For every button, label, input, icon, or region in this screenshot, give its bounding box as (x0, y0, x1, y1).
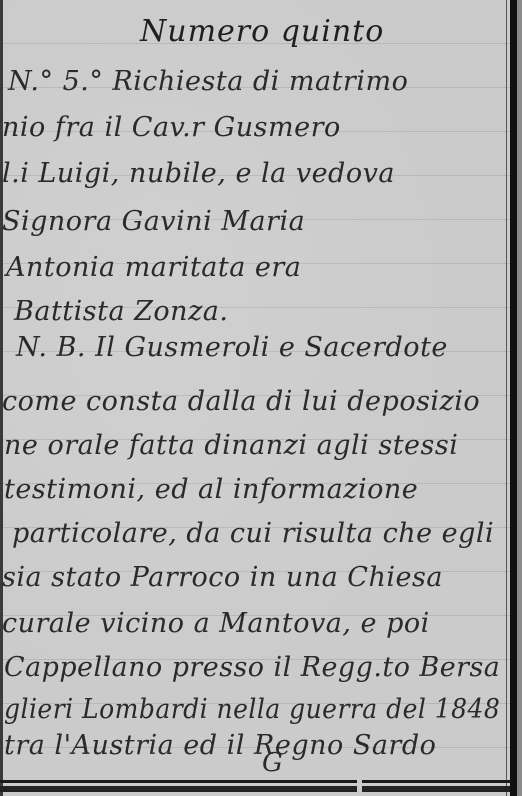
entry-heading: Numero quinto (140, 14, 384, 49)
text-line-14: Cappellano presso il Regg.to Bersa (4, 652, 500, 683)
text-line-11: particolare, da cui risulta che egli (12, 518, 494, 549)
text-line-16: tra l'Austria ed il Regno Sardo (4, 730, 436, 761)
text-line-10: testimoni, ed al informazione (4, 474, 418, 505)
text-line-1: N.° 5.° Richiesta di matrimo (8, 66, 408, 97)
bottom-rule-thick (0, 786, 510, 792)
right-margin-rule-inner (506, 0, 507, 796)
page-mark: G (262, 748, 283, 778)
text-line-6: Battista Zonza. (14, 296, 228, 327)
text-line-9: ne orale fatta dinanzi agli stessi (4, 430, 458, 461)
text-line-12: sia stato Parroco in una Chiesa (2, 562, 443, 593)
text-line-7-nota-bene: N. B. Il Gusmeroli e Sacerdote (16, 332, 448, 363)
text-line-4: Signora Gavini Maria (2, 206, 305, 237)
text-line-5: Antonia maritata era (6, 252, 301, 283)
bottom-rule-thin (0, 780, 510, 783)
text-line-3: l.i Luigi, nubile, e la vedova (2, 158, 395, 189)
document-page: Numero quinto N.° 5.° Richiesta di matri… (0, 0, 522, 796)
text-line-13: curale vicino a Mantova, e poi (2, 608, 430, 639)
right-margin-rule (510, 0, 517, 796)
bottom-rule-gap (357, 780, 362, 796)
text-line-8: come consta dalla di lui deposizio (2, 386, 480, 417)
text-line-15: glieri Lombardi nella guerra del 1848 (4, 694, 500, 725)
text-line-2: nio fra il Cav.r Gusmero (2, 112, 341, 143)
right-page-edge (517, 0, 522, 796)
